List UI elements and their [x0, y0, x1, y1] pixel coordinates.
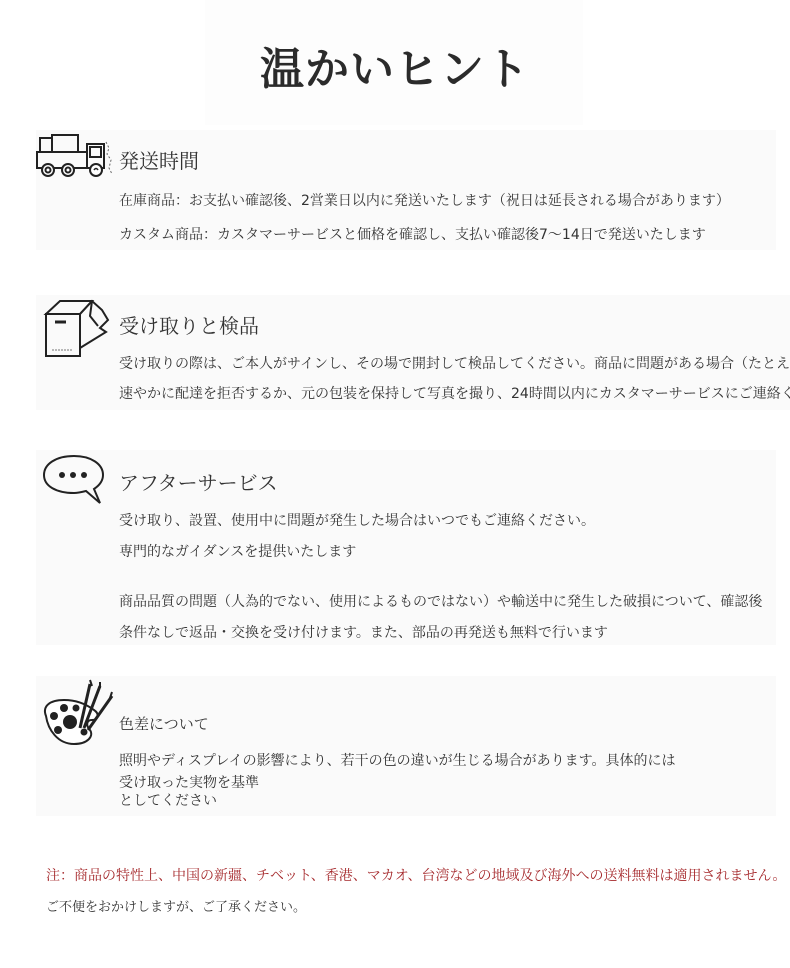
paint-palette-icon: [40, 676, 120, 748]
shipping-line-1: 在庫商品：お支払い確認後、2営業日以内に発送いたします（祝日は延長される場合があ…: [119, 191, 730, 211]
receipt-line-1: 受け取りの際は、ご本人がサインし、その場で開封して検品してください。商品に問題が…: [119, 354, 790, 374]
section-title-receipt: 受け取りと検品: [119, 313, 259, 339]
after-sales-line-3: 商品品質の問題（人為的でない、使用によるものではない）や輸送中に発生した破損につ…: [119, 592, 762, 612]
color-line-2: 受け取った実物を基準: [119, 773, 259, 793]
section-title-color-difference: 色差について: [119, 711, 209, 737]
apology-note: ご不便をおかけしますが、ご了承ください。: [46, 898, 306, 918]
page-title: 温かいヒント: [0, 42, 790, 98]
receipt-line-2: 速やかに配達を拒否するか、元の包装を保持して写真を撮り、24時間以内にカスタマー…: [119, 384, 790, 404]
shipping-line-2: カスタム商品：カスタマーサービスと価格を確認し、支払い確認後7～14日で発送いた…: [119, 225, 706, 245]
color-line-1: 照明やディスプレイの影響により、若干の色の違いが生じる場合があります。具体的には: [119, 751, 676, 771]
color-line-3: としてください: [119, 791, 217, 811]
after-sales-line-4: 条件なしで返品・交換を受け付けます。また、部品の再発送も無料で行います: [119, 623, 608, 643]
shipping-exclusion-note: 注：商品の特性上、中国の新疆、チベット、香港、マカオ、台湾などの地域及び海外への…: [46, 866, 786, 886]
after-sales-line-1: 受け取り、設置、使用中に問題が発生した場合はいつでもご連絡ください。: [119, 511, 595, 531]
truck-icon: [36, 134, 116, 180]
after-sales-line-2: 専門的なガイダンスを提供いたします: [119, 542, 356, 562]
open-box-icon: [42, 298, 114, 360]
speech-bubble-icon: [42, 453, 106, 505]
section-title-shipping: 発送時間: [119, 148, 199, 174]
section-title-after-sales: アフターサービス: [119, 470, 278, 496]
